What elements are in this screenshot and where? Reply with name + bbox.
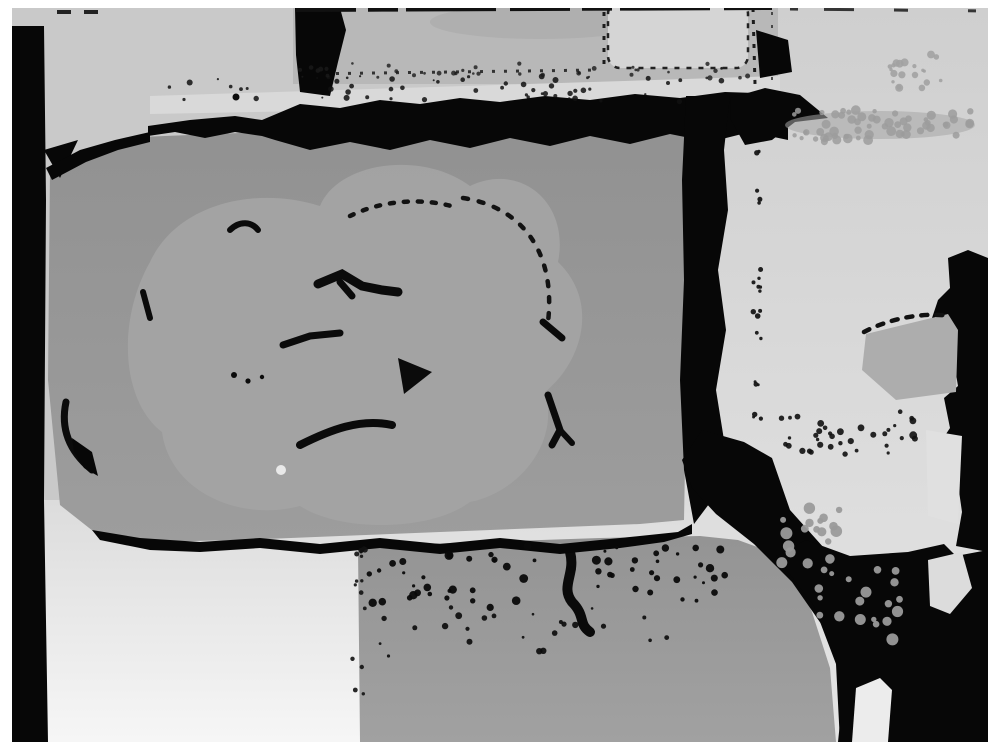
margin-bottom (0, 742, 1000, 754)
white-highlight-dot (276, 465, 286, 475)
depth-map-image (0, 0, 1000, 754)
wall-dot (233, 94, 240, 101)
depth-map-screenshot (0, 0, 1000, 754)
top-dash (84, 10, 98, 14)
frame-panel (608, 2, 748, 68)
crack-dot (231, 372, 237, 378)
light-notch (926, 430, 962, 524)
crack-dot (260, 375, 264, 379)
top-dash (57, 10, 71, 14)
margin-top (0, 0, 1000, 8)
crack-dot (245, 378, 250, 383)
chair-object (358, 536, 836, 742)
light-patch-bottom (852, 678, 892, 742)
table-depth-blob (128, 165, 582, 525)
left-pole (12, 26, 48, 742)
margin-left (0, 0, 12, 754)
margin-right (988, 0, 1000, 754)
